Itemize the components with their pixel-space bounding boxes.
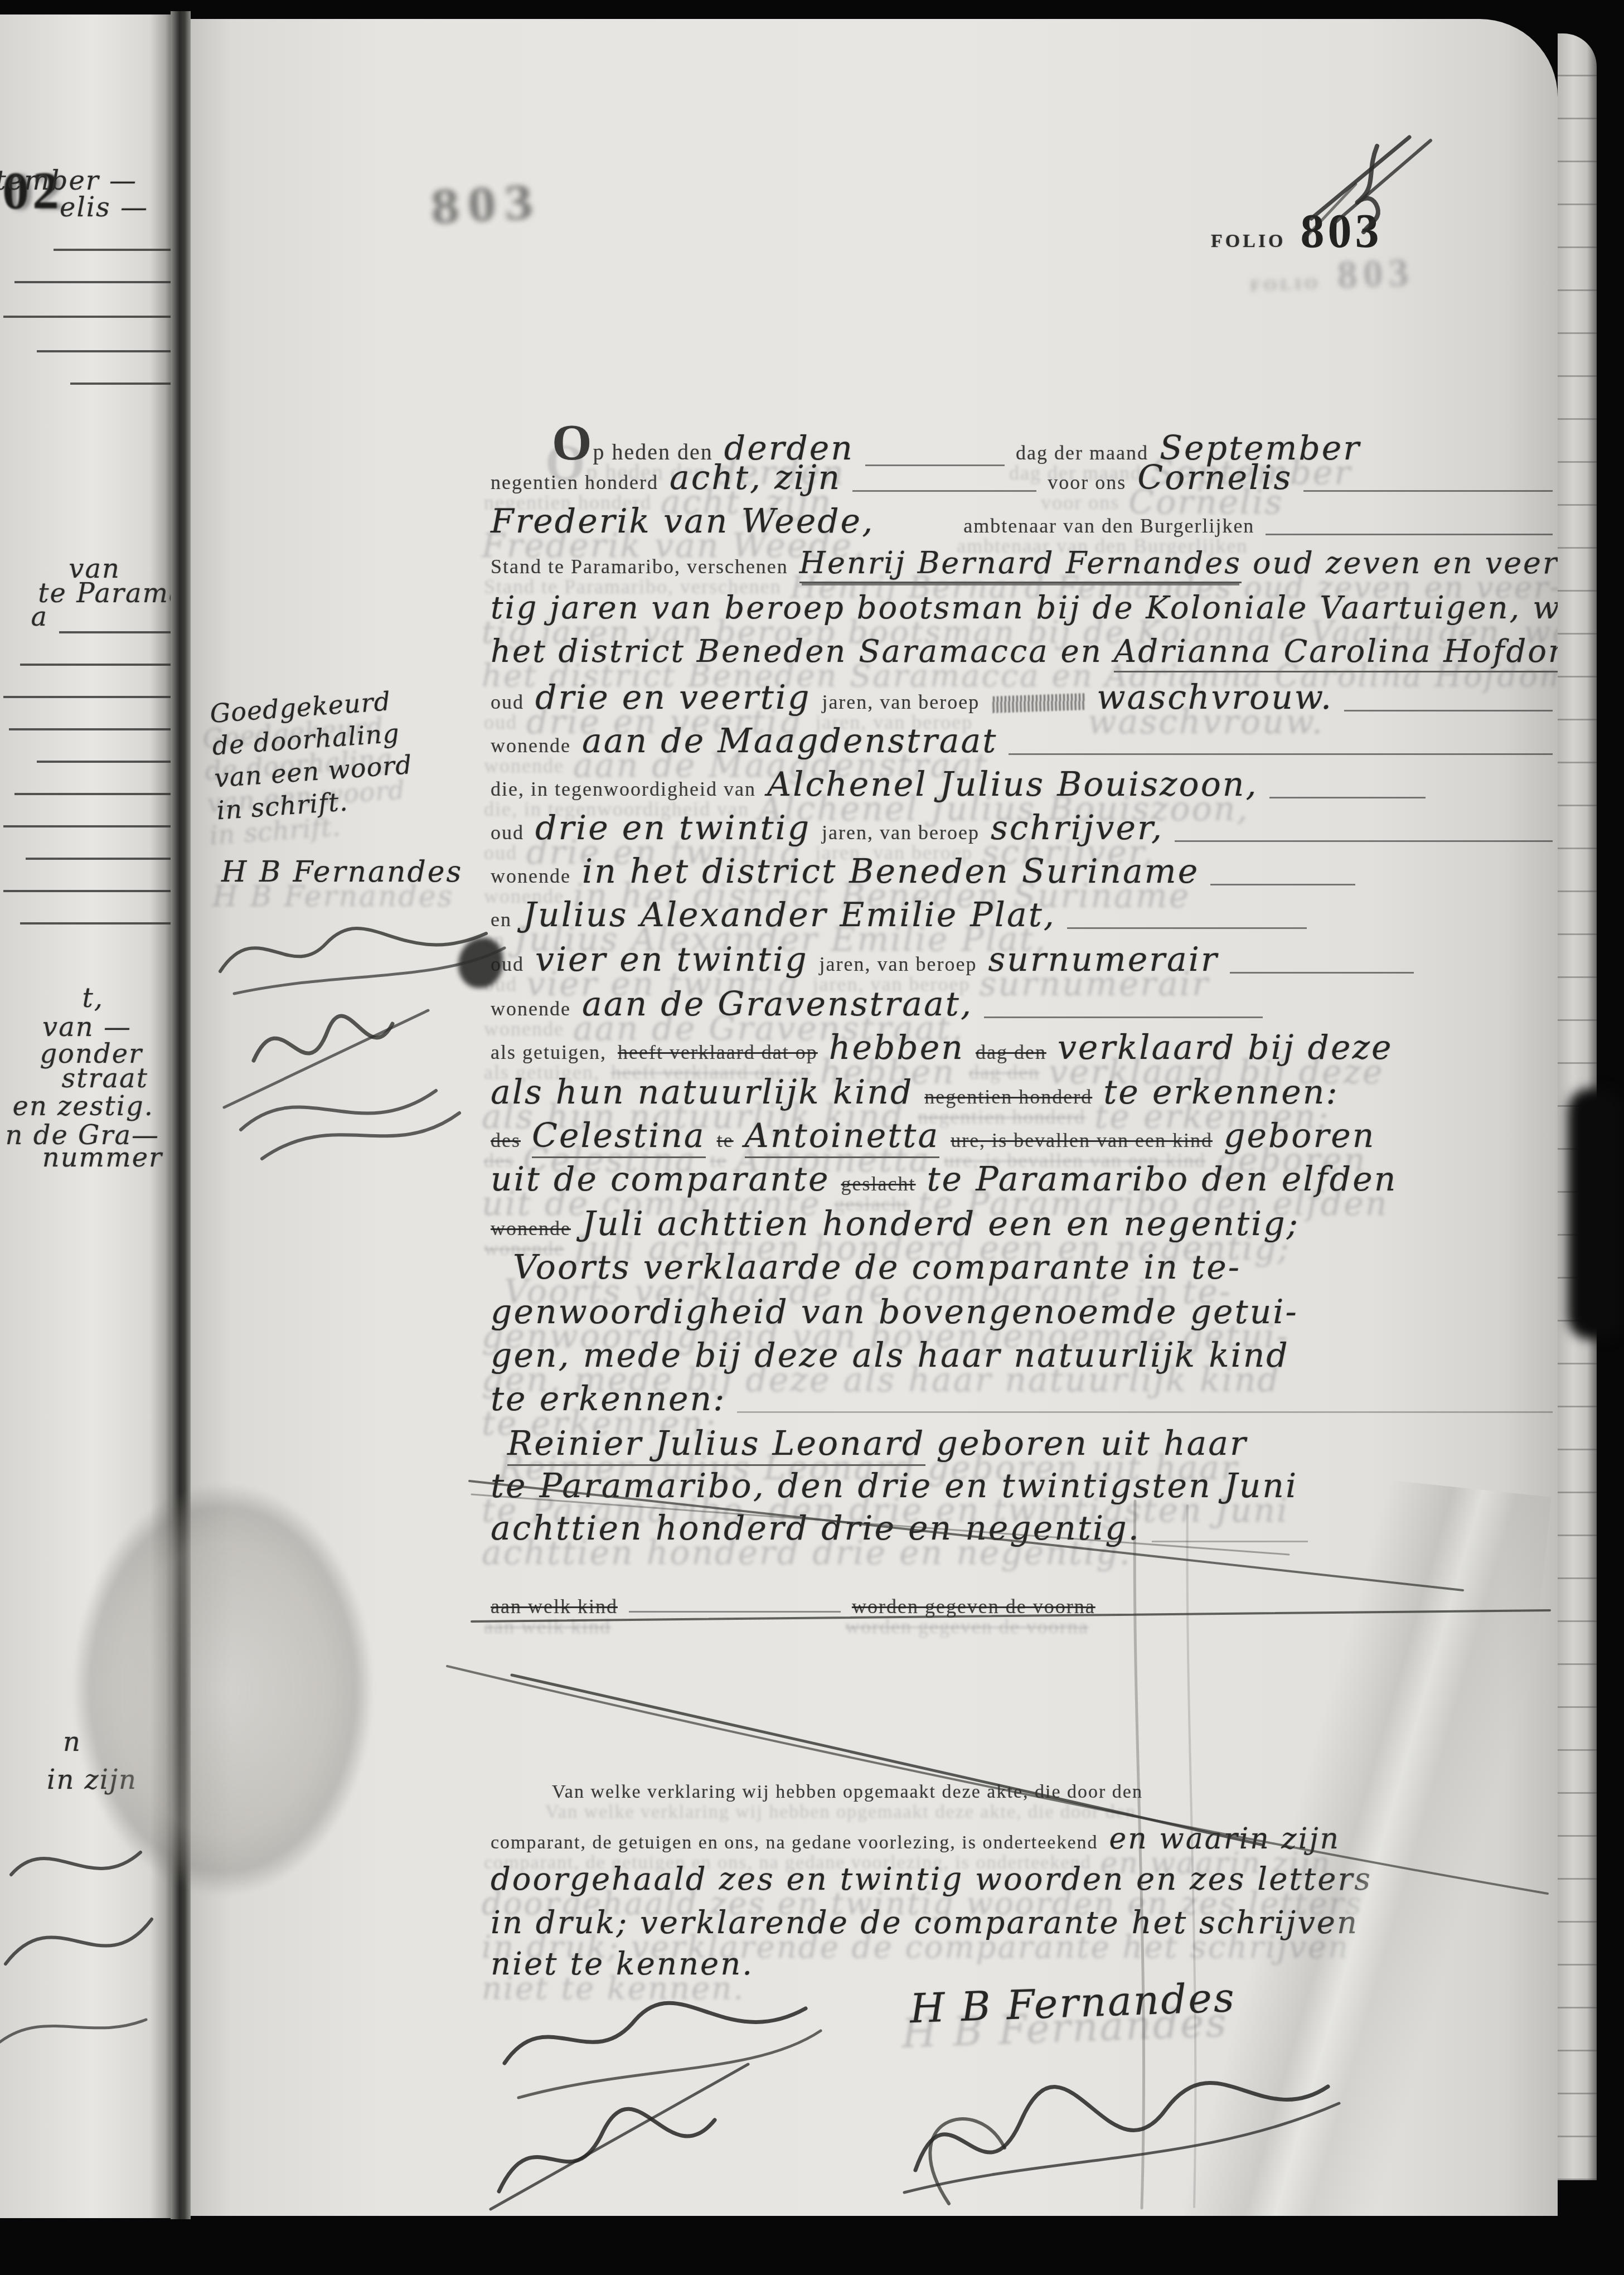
ruled-line bbox=[9, 728, 171, 730]
handwritten-entry: oud zeven en veer- bbox=[1253, 545, 1558, 580]
handwritten-entry: surnumerair bbox=[988, 940, 1218, 979]
fill-line bbox=[852, 473, 1036, 492]
act-line: wonende aan de Gravenstraat, bbox=[491, 985, 1553, 1024]
handwritten-entry: niet te kennen. bbox=[491, 1946, 754, 1982]
printed-text: jaren, van beroep bbox=[822, 821, 980, 844]
handwritten-entry: waschvrouw. bbox=[1097, 678, 1333, 717]
act-line: en Julius Alexander Emilie Plat, bbox=[491, 896, 1553, 935]
act-line: uit de comparante geslacht te Paramaribo… bbox=[491, 1160, 1553, 1199]
scanned-civil-register-page: 02 tember — elis — van te Paramari a t, … bbox=[0, 0, 1624, 2275]
fill-line bbox=[737, 1395, 1553, 1413]
act-line: tig jaren van beroep bootsman bij de Kol… bbox=[491, 590, 1553, 626]
handwritten-name-child-2: Reinier Julius Leonard bbox=[507, 1424, 925, 1466]
ruled-line bbox=[3, 890, 171, 892]
ruled-line bbox=[59, 631, 171, 633]
printed-text: Van welke verklaring wij hebben opgemaak… bbox=[552, 1782, 1143, 1803]
handwritten-entry: als hun natuurlijk kind bbox=[491, 1073, 913, 1112]
edge-shadow-blob bbox=[1568, 1088, 1623, 1339]
printed-text: comparant, de getuigen en ons, na gedane… bbox=[491, 1832, 1098, 1853]
handwritten-name-mother: Adrianna Carolina Hofdom, bbox=[1114, 633, 1558, 672]
act-line: oud drie en twintig jaren, van beroep sc… bbox=[491, 809, 1553, 848]
ruled-line bbox=[70, 383, 171, 385]
handwritten-entry: uit de comparante bbox=[491, 1160, 830, 1199]
printed-text: wonende bbox=[491, 997, 571, 1020]
fill-line bbox=[1009, 737, 1553, 755]
ruled-line bbox=[54, 249, 171, 251]
handwritten-entry: te erkennen: bbox=[491, 1379, 726, 1419]
left-page-fragment: en zestig. bbox=[12, 1091, 154, 1122]
act-line: oud vier en twintig jaren, van beroep su… bbox=[491, 940, 1553, 979]
printed-text: jaren, van beroep bbox=[820, 952, 977, 976]
folio-ghost-number: 803 bbox=[1336, 250, 1415, 297]
printed-text: en bbox=[491, 908, 512, 931]
handwritten-entry: Frederik van Weede, bbox=[491, 502, 874, 541]
handwritten-entry: genwoordigheid van bovengenoemde getui- bbox=[491, 1293, 1298, 1332]
printed-text-struck: aan welk kind bbox=[491, 1595, 618, 1618]
printed-text: wonende bbox=[491, 734, 571, 757]
ruled-line bbox=[37, 761, 171, 763]
fill-line bbox=[1210, 867, 1355, 885]
handwritten-entry: schrijver, bbox=[991, 809, 1164, 848]
left-page-fragment: straat bbox=[62, 1063, 148, 1094]
printed-text: Stand te Paramaribo, verschenen bbox=[491, 555, 788, 578]
handwritten-entry: te erkennen: bbox=[1103, 1073, 1339, 1112]
printed-text: oud bbox=[491, 690, 524, 714]
left-page-fragment: t, bbox=[82, 982, 104, 1014]
printed-text-struck: dag den bbox=[976, 1040, 1046, 1064]
fill-line bbox=[1230, 955, 1414, 974]
ruled-line bbox=[3, 696, 171, 698]
printed-text: oud bbox=[491, 821, 524, 844]
handwritten-entry: gen, mede bij deze als haar natuurlijk k… bbox=[491, 1336, 1289, 1375]
act-line: gen, mede bij deze als haar natuurlijk k… bbox=[491, 1336, 1553, 1375]
printed-text: ambtenaar van den Burgerlijken bbox=[963, 514, 1254, 538]
handwritten-name-witness-2: Julius Alexander Emilie Plat, bbox=[523, 896, 1056, 935]
handwritten-entry: Voorts verklaarde de comparante in te- bbox=[513, 1248, 1241, 1287]
handwritten-entry: geboren uit haar bbox=[937, 1424, 1248, 1463]
fill-line bbox=[1344, 693, 1553, 711]
handwritten-entry: verklaard bij deze bbox=[1058, 1028, 1393, 1067]
fill-line bbox=[1303, 473, 1553, 492]
act-line: als hun natuurlijk kind negentien honder… bbox=[491, 1073, 1553, 1112]
ruled-line bbox=[26, 858, 171, 860]
handwritten-name-child-1b: Antoinetta bbox=[745, 1116, 940, 1158]
handwritten-entry: te Paramaribo den elfden bbox=[927, 1160, 1397, 1199]
printed-text-struck: ure, is bevallen van een kind bbox=[951, 1129, 1213, 1152]
printed-text-struck: negentien honderd bbox=[924, 1085, 1092, 1109]
handwritten-entry: aan de Maagdenstraat bbox=[582, 722, 997, 761]
handwritten-entry: geboren bbox=[1224, 1116, 1375, 1155]
ruled-line bbox=[3, 316, 171, 318]
act-line: Frederik van Weede, ambtenaar van den Bu… bbox=[491, 502, 1553, 541]
printed-text-struck: wonende bbox=[491, 1217, 571, 1240]
act-line: wonende Juli achttien honderd een en neg… bbox=[491, 1204, 1553, 1243]
act-line: oud drie en veertig jaren, van beroep wa… bbox=[491, 678, 1553, 717]
printed-text: wonende bbox=[491, 864, 571, 888]
ruled-line bbox=[14, 281, 171, 283]
act-line: als getuigen, heeft verklaard dat op heb… bbox=[491, 1028, 1553, 1067]
handwritten-entry: tig jaren van beroep bootsman bij de Kol… bbox=[491, 590, 1558, 626]
printed-text: voor ons bbox=[1048, 471, 1126, 494]
handwritten-entry: achttien honderd drie en negentig. bbox=[491, 1509, 1141, 1548]
act-line: te erkennen: bbox=[491, 1379, 1553, 1419]
fill-line bbox=[629, 1594, 841, 1613]
ruled-line bbox=[14, 793, 171, 795]
folio-label: FOLIO bbox=[1211, 231, 1286, 252]
folio-header: FOLIO 803 bbox=[1211, 203, 1383, 259]
act-line: wonende aan de Maagdenstraat bbox=[491, 722, 1553, 761]
printed-text-struck: geslacht bbox=[841, 1172, 916, 1195]
folio-ghost: FOLIO803 bbox=[1249, 249, 1415, 301]
handwritten-name-child-1: Celestina bbox=[532, 1116, 706, 1158]
folio-ghost-label: FOLIO bbox=[1250, 274, 1321, 295]
handwritten-entry: aan de Gravenstraat, bbox=[582, 985, 973, 1024]
printed-text: negentien honderd bbox=[491, 471, 658, 494]
previous-page-edge: 02 tember — elis — van te Paramari a t, … bbox=[0, 14, 171, 2218]
ruled-line bbox=[37, 350, 171, 352]
printed-text: jaren, van beroep bbox=[822, 690, 980, 714]
handwritten-entry: acht, zijn bbox=[670, 458, 841, 497]
act-line: wonende in het district Beneden Suriname bbox=[491, 852, 1553, 891]
paper-fold-crease bbox=[1182, 1467, 1551, 2216]
handwritten-entry: hebben bbox=[829, 1028, 964, 1067]
act-line: genwoordigheid van bovengenoemde getui- bbox=[491, 1293, 1553, 1332]
ruled-line bbox=[20, 922, 171, 924]
fill-line bbox=[1266, 517, 1553, 535]
printed-text: die, in tegenwoordigheid van bbox=[491, 777, 756, 801]
printed-text-struck: heeft verklaard dat op bbox=[618, 1040, 818, 1064]
ruled-line bbox=[20, 664, 171, 666]
fill-line bbox=[1269, 780, 1426, 798]
handwritten-name-witness-1: Alchenel Julius Bouiszoon, bbox=[767, 765, 1258, 804]
printed-text-struck: worden gegeven de voorna bbox=[852, 1595, 1095, 1618]
printed-text-struck: des bbox=[491, 1129, 521, 1152]
fill-line bbox=[1175, 824, 1553, 842]
fill-line bbox=[984, 1000, 1263, 1018]
handwritten-entry: drie en twintig bbox=[535, 809, 811, 848]
handwritten-entry: te Paramaribo, den drie en twintigsten J… bbox=[491, 1466, 1298, 1506]
left-page-fragment: elis — bbox=[60, 192, 148, 223]
act-line: het district Beneden Saramacca en Adrian… bbox=[491, 633, 1553, 672]
left-page-fragment: nummer bbox=[42, 1142, 163, 1173]
act-line: die, in tegenwoordigheid van Alchenel Ju… bbox=[491, 765, 1553, 804]
handwritten-entry: Juli achttien honderd een en negentig; bbox=[582, 1204, 1300, 1243]
printed-text: als getuigen, bbox=[491, 1040, 607, 1064]
act-line: des Celestina te Antoinetta ure, is beva… bbox=[491, 1116, 1553, 1158]
margin-signature-fernandes: H B Fernandes bbox=[221, 855, 463, 889]
signature-fernandes: H B Fernandes bbox=[909, 1974, 1237, 2032]
act-line: negentien honderd acht, zijn voor ons Co… bbox=[491, 458, 1553, 497]
handwritten-entry: het district Beneden Saramacca en bbox=[491, 633, 1103, 670]
handwritten-entry: Cornelis bbox=[1137, 458, 1292, 497]
ink-blot bbox=[458, 938, 503, 988]
left-page-fragment: a bbox=[31, 601, 48, 632]
printed-text-struck: te bbox=[717, 1129, 734, 1152]
left-page-fragment: te Paramari bbox=[38, 578, 171, 609]
act-line: Stand te Paramaribo, verschenen Henrij B… bbox=[491, 545, 1553, 583]
handwritten-entry: in het district Beneden Suriname bbox=[582, 852, 1199, 891]
handwritten-entry: drie en veertig bbox=[535, 678, 811, 717]
act-line: Reinier Julius Leonard geboren uit haar bbox=[491, 1424, 1553, 1466]
handwritten-entry: vier en twintig bbox=[535, 940, 808, 979]
scratched-out-word bbox=[991, 693, 1086, 713]
act-line: Voorts verklaarde de comparante in te- bbox=[491, 1248, 1553, 1287]
handwritten-name-father: Henrij Bernard Fernandes bbox=[799, 545, 1242, 583]
fill-line bbox=[1067, 911, 1307, 929]
offset-number-smudge: 803 bbox=[429, 171, 542, 236]
register-folio-page: 803 FOLIO 803 FOLIO803 Goedgekeurd de do… bbox=[191, 19, 1558, 2216]
margin-annotation: Goedgekeurd de doorhaling van een woord … bbox=[209, 679, 484, 827]
ruled-line bbox=[3, 825, 171, 827]
